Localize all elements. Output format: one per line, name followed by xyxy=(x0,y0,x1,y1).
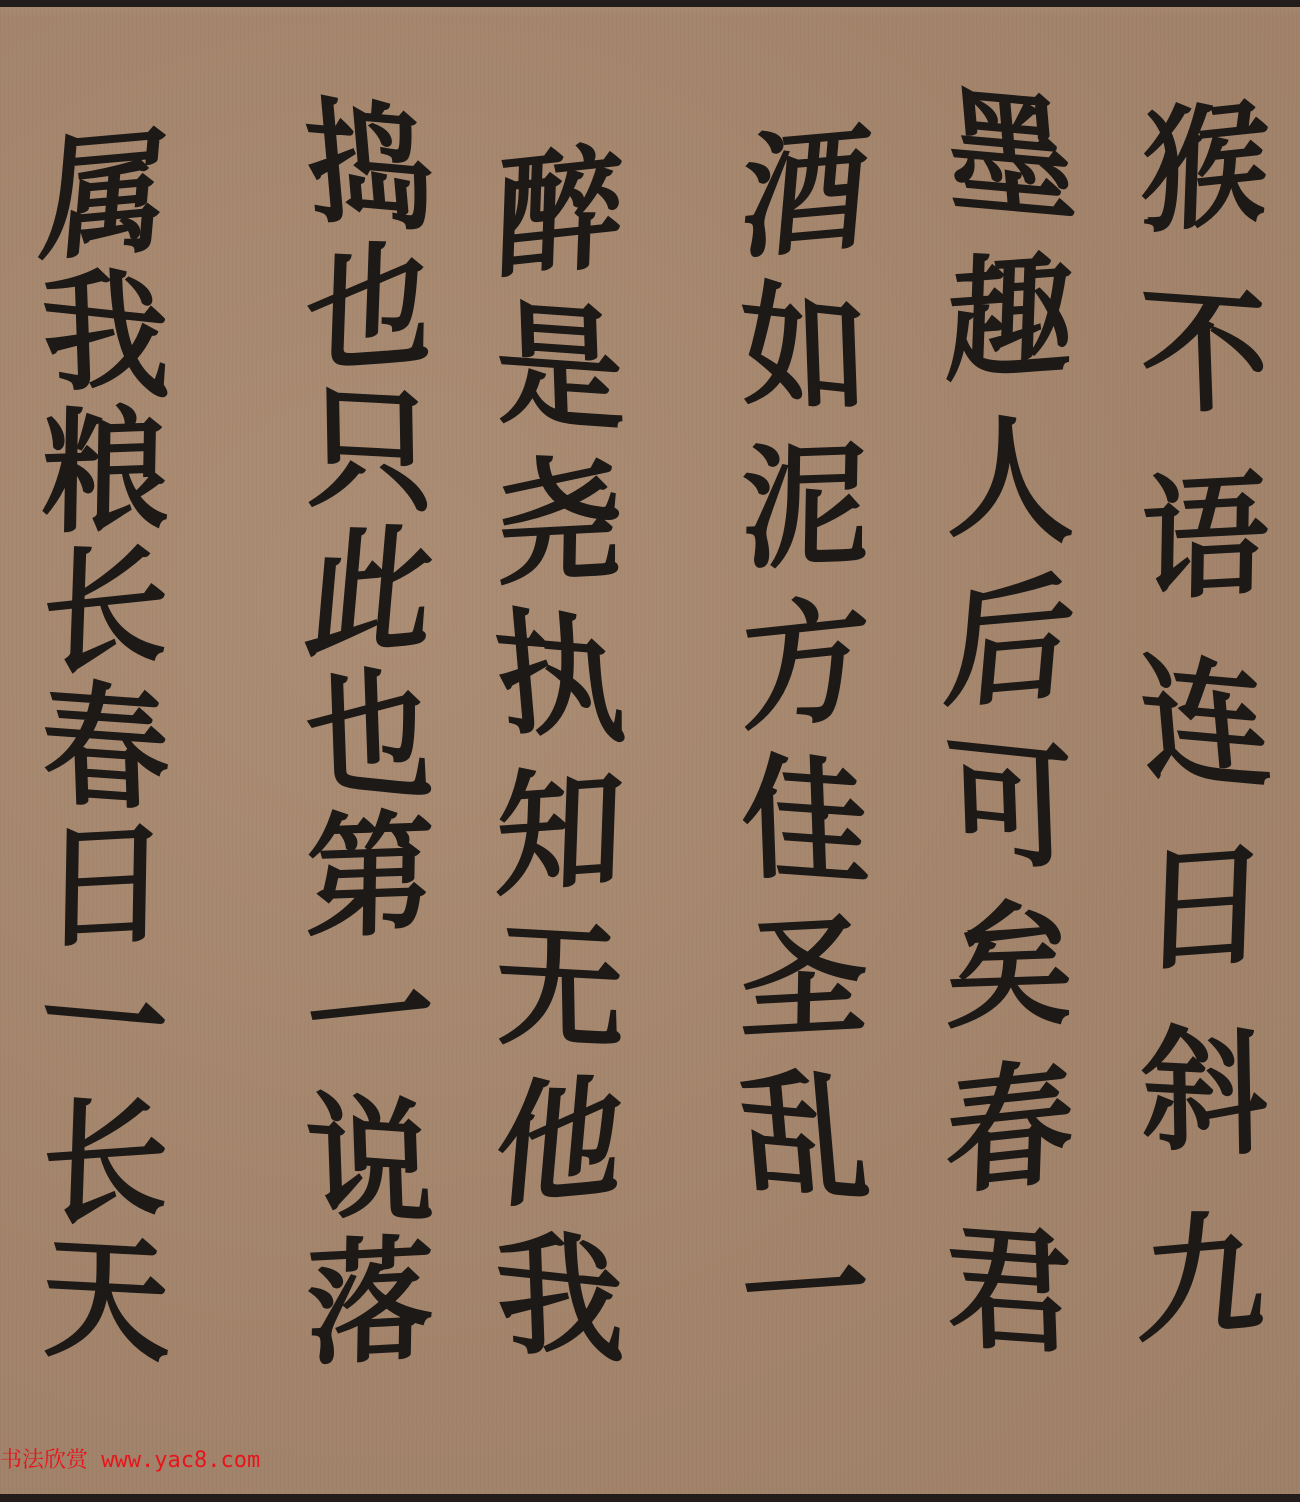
calligraphy-character: 执 xyxy=(489,592,630,768)
calligraphy-character: 落 xyxy=(305,1226,435,1382)
calligraphy-column: 墨趣人后可矣春君 xyxy=(935,77,1085,1373)
calligraphy-character: 一 xyxy=(304,938,436,1102)
calligraphy-character: 日 xyxy=(1138,807,1272,1011)
watermark: 书法欣赏 www.yac8.com xyxy=(0,1443,260,1474)
calligraphy-character: 不 xyxy=(1138,252,1272,456)
calligraphy-character: 春 xyxy=(944,1038,1077,1223)
calligraphy-character: 第 xyxy=(305,801,435,955)
watermark-url: www.yac8.com xyxy=(101,1448,260,1473)
bottom-border xyxy=(0,1494,1300,1502)
calligraphy-character: 斜 xyxy=(1140,994,1271,1195)
calligraphy-character: 九 xyxy=(1133,1176,1277,1384)
calligraphy-character: 乱 xyxy=(734,1049,876,1227)
calligraphy-character: 后 xyxy=(939,552,1081,735)
calligraphy-character: 此 xyxy=(300,513,440,675)
calligraphy-character: 天 xyxy=(40,1224,169,1376)
calligraphy-character: 说 xyxy=(304,1083,436,1242)
calligraphy-character: 春 xyxy=(39,671,171,825)
calligraphy-character: 泥 xyxy=(740,425,870,595)
calligraphy-character: 人 xyxy=(945,393,1075,570)
calligraphy-column: 猴不语连日斜九 xyxy=(1130,77,1280,1372)
calligraphy-character: 只 xyxy=(305,374,435,530)
calligraphy-character: 墨 xyxy=(939,66,1081,249)
calligraphy-column: 属我粮长春日一长天 xyxy=(30,127,180,1369)
calligraphy-character: 酒 xyxy=(734,107,876,285)
calligraphy-column: 捣也只此也第一说落 xyxy=(295,97,445,1375)
calligraphy-character: 我 xyxy=(39,254,170,414)
calligraphy-character: 君 xyxy=(943,1202,1076,1382)
calligraphy-character: 一 xyxy=(35,945,174,1103)
calligraphy-column: 醉是尧执知无他我 xyxy=(485,137,635,1377)
calligraphy-character: 可 xyxy=(944,714,1077,899)
calligraphy-character: 佳 xyxy=(738,736,871,911)
calligraphy-character: 也 xyxy=(304,654,436,818)
calligraphy-character: 捣 xyxy=(300,87,440,249)
calligraphy-character: 一 xyxy=(738,1207,871,1382)
calligraphy-column: 酒如泥方佳圣乱一 xyxy=(730,117,880,1373)
calligraphy-character: 醉 xyxy=(494,126,627,304)
calligraphy-character: 他 xyxy=(489,1057,630,1233)
calligraphy-character: 粮 xyxy=(40,397,169,547)
calligraphy-character: 日 xyxy=(40,810,169,962)
top-border xyxy=(0,0,1300,7)
calligraphy-character: 尧 xyxy=(495,440,625,610)
calligraphy-character: 方 xyxy=(739,577,872,757)
calligraphy-character: 如 xyxy=(739,263,872,443)
calligraphy-character: 连 xyxy=(1133,621,1277,829)
calligraphy-character: 猴 xyxy=(1138,65,1272,274)
calligraphy-character: 矣 xyxy=(945,881,1075,1056)
calligraphy-character: 我 xyxy=(494,1211,627,1389)
calligraphy-character: 也 xyxy=(304,231,436,390)
calligraphy-character: 知 xyxy=(494,748,627,920)
calligraphy-character: 是 xyxy=(494,283,627,455)
calligraphy-character: 长 xyxy=(39,1085,171,1239)
watermark-chinese: 书法欣赏 xyxy=(0,1448,88,1473)
calligraphy-character: 圣 xyxy=(740,895,870,1067)
calligraphy-character: 长 xyxy=(39,530,170,690)
calligraphy-paper: 猴不语连日斜九墨趣人后可矣春君酒如泥方佳圣乱一醉是尧执知无他我捣也只此也第一说落… xyxy=(0,7,1300,1494)
calligraphy-character: 无 xyxy=(495,905,625,1075)
calligraphy-character: 趣 xyxy=(943,230,1076,410)
calligraphy-character: 语 xyxy=(1140,439,1271,640)
